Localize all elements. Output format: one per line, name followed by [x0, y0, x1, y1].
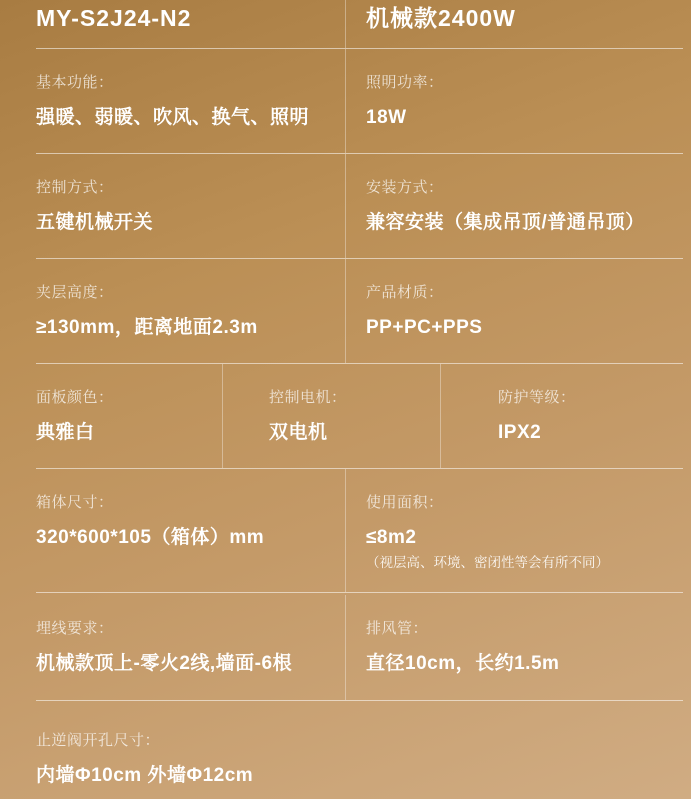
spec-row-box-size: 箱体尺寸： 320*600*105（箱体）mm 使用面积： ≤8m2 （视层高、… [36, 469, 683, 593]
spec-label: 面板颜色： [36, 389, 222, 407]
spec-value: 双电机 [269, 420, 440, 445]
spec-value: 直径10cm，长约1.5m [366, 651, 683, 676]
spec-value: 机械款顶上-零火2线,墙面-6根 [36, 651, 345, 676]
header-row: MY-S2J24-N2 机械款2400W [36, 0, 683, 49]
spec-row-basic-functions: 基本功能： 强暖、弱暖、吹风、换气、照明 照明功率： 18W [36, 49, 683, 154]
header-variant-cell: 机械款2400W [345, 0, 683, 48]
spec-value: IPX2 [498, 420, 683, 445]
spec-cell: 使用面积： ≤8m2 （视层高、环境、密闭性等会有所不同） [345, 469, 683, 592]
spec-label: 产品材质： [366, 284, 683, 302]
spec-label: 排风管： [366, 620, 683, 638]
spec-cell: 止逆阀开孔尺寸： 内墙Φ10cm 外墙Φ12cm [36, 732, 345, 799]
spec-cell: 面板颜色： 典雅白 [36, 389, 222, 468]
spec-sheet: MY-S2J24-N2 机械款2400W 基本功能： 强暖、弱暖、吹风、换气、照… [0, 0, 691, 799]
spec-label: 安装方式： [366, 179, 683, 197]
product-model: MY-S2J24-N2 [36, 4, 345, 32]
spec-row-panel-color: 面板颜色： 典雅白 控制电机： 双电机 防护等级： IPX2 [36, 364, 683, 469]
spec-value: 五键机械开关 [36, 210, 345, 235]
spec-row-check-valve: 止逆阀开孔尺寸： 内墙Φ10cm 外墙Φ12cm [36, 701, 683, 799]
spec-value: ≤8m2 [366, 525, 683, 550]
spec-label: 控制方式： [36, 179, 345, 197]
spec-cell: 防护等级： IPX2 [440, 364, 683, 468]
spec-value: 兼容安装（集成吊顶/普通吊顶） [366, 210, 683, 235]
spec-value: ≥130mm，距离地面2.3m [36, 315, 345, 340]
spec-cell: 箱体尺寸： 320*600*105（箱体）mm [36, 494, 345, 592]
spec-row-clearance-height: 夹层高度： ≥130mm，距离地面2.3m 产品材质： PP+PC+PPS [36, 259, 683, 364]
spec-value: 强暖、弱暖、吹风、换气、照明 [36, 105, 345, 130]
spec-value: 320*600*105（箱体）mm [36, 525, 345, 550]
spec-label: 照明功率： [366, 74, 683, 92]
spec-value: 18W [366, 105, 683, 130]
spec-cell: 控制方式： 五键机械开关 [36, 179, 345, 258]
spec-cell: 基本功能： 强暖、弱暖、吹风、换气、照明 [36, 74, 345, 153]
spec-label: 使用面积： [366, 494, 683, 512]
header-model-cell: MY-S2J24-N2 [36, 4, 345, 48]
spec-label: 防护等级： [498, 389, 683, 407]
spec-label: 箱体尺寸： [36, 494, 345, 512]
spec-cell: 埋线要求： 机械款顶上-零火2线,墙面-6根 [36, 620, 345, 700]
spec-value: 典雅白 [36, 420, 222, 445]
spec-cell: 照明功率： 18W [345, 49, 683, 153]
product-variant: 机械款2400W [366, 4, 683, 32]
spec-value: 内墙Φ10cm 外墙Φ12cm [36, 763, 345, 788]
spec-label: 埋线要求： [36, 620, 345, 638]
spec-cell: 产品材质： PP+PC+PPS [345, 259, 683, 363]
spec-label: 控制电机： [269, 389, 440, 407]
spec-cell: 安装方式： 兼容安装（集成吊顶/普通吊顶） [345, 154, 683, 258]
spec-label: 基本功能： [36, 74, 345, 92]
spec-label: 止逆阀开孔尺寸： [36, 732, 345, 750]
spec-cell: 夹层高度： ≥130mm，距离地面2.3m [36, 284, 345, 363]
spec-row-wiring: 埋线要求： 机械款顶上-零火2线,墙面-6根 排风管： 直径10cm，长约1.5… [36, 593, 683, 701]
spec-value: PP+PC+PPS [366, 315, 683, 340]
spec-note: （视层高、环境、密闭性等会有所不同） [366, 554, 683, 572]
spec-row-control-mode: 控制方式： 五键机械开关 安装方式： 兼容安装（集成吊顶/普通吊顶） [36, 154, 683, 259]
spec-cell: 控制电机： 双电机 [222, 364, 440, 468]
spec-label: 夹层高度： [36, 284, 345, 302]
spec-cell: 排风管： 直径10cm，长约1.5m [345, 595, 683, 700]
